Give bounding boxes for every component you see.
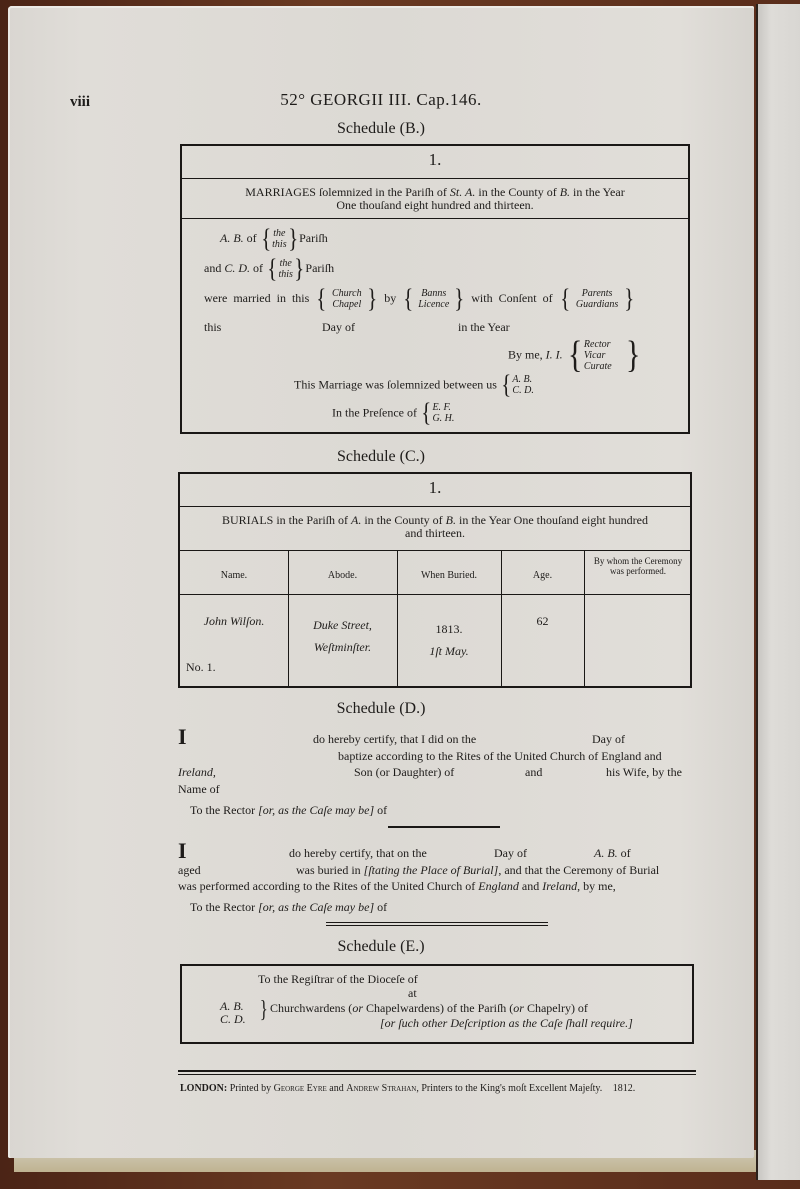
text: A. B. bbox=[594, 846, 618, 860]
heading-text: in the Pariſh of bbox=[273, 513, 351, 527]
schedule-b-heading: MARRIAGES ſolemnized in the Pariſh of St… bbox=[182, 186, 688, 212]
cell-when-buried: 1813. 1ſt May. bbox=[397, 618, 501, 662]
option: the bbox=[273, 228, 285, 239]
text: and bbox=[519, 879, 542, 893]
heading-text: in the County of bbox=[475, 185, 559, 199]
schedule-c-title: Schedule (C.) bbox=[8, 448, 754, 466]
text: Pariſh bbox=[299, 231, 328, 245]
abode-line: Duke Street, bbox=[313, 618, 372, 632]
cert2-line1c: A. B. of bbox=[594, 846, 631, 861]
left-brace-icon: { bbox=[567, 336, 582, 374]
right-brace-icon: } bbox=[624, 286, 634, 312]
text: Chapelwardens) of the Pariſh ( bbox=[363, 1001, 513, 1015]
cell-abode: Duke Street, Weſtminſter. bbox=[288, 614, 397, 658]
option: the bbox=[280, 258, 292, 269]
adjacent-page-edge bbox=[756, 4, 800, 1180]
document-page: viii 52° GEORGII III. Cap.146. Schedule … bbox=[8, 6, 754, 1158]
marriage-row-date-day: Day of bbox=[322, 320, 355, 335]
cert1-line1b: Day of bbox=[592, 732, 625, 747]
marriage-row-groom: A. B. of {thethis}Pariſh bbox=[220, 226, 328, 252]
marriage-row-date-year: in the Year bbox=[458, 320, 510, 335]
option: Chapel bbox=[332, 299, 361, 310]
section-rule-double bbox=[326, 922, 548, 923]
left-brace-icon: { bbox=[267, 256, 277, 282]
schedule-c-heading: BURIALS in the Pariſh of A. in the Count… bbox=[180, 514, 690, 540]
schedule-e-box: To the Regiſtrar of the Dioceſe of at A.… bbox=[180, 964, 694, 1044]
cert1-addressee: To the Rector [or, as the Caſe may be] o… bbox=[190, 803, 387, 818]
marriage-row-witnesses: In the Preſence of {E. F.G. H. bbox=[332, 400, 454, 426]
option-stack: ChurchChapel bbox=[328, 288, 366, 310]
right-brace-icon: } bbox=[367, 286, 377, 312]
divider bbox=[182, 178, 688, 179]
cert1-line2: baptize according to the Rites of the Un… bbox=[338, 749, 662, 764]
left-brace-icon: { bbox=[261, 226, 271, 252]
text: was performed according to the Rites of … bbox=[178, 879, 478, 893]
cert1-line3b: Son (or Daughter) of bbox=[354, 765, 454, 780]
cert1-line3a: Ireland, bbox=[178, 765, 216, 780]
text: by bbox=[384, 291, 396, 305]
officiant-name: I. I. bbox=[546, 348, 563, 362]
text: Pariſh bbox=[305, 261, 334, 275]
heading-county: B. bbox=[560, 185, 570, 199]
marriage-row-place: were married in this {ChurchChapel} by {… bbox=[204, 286, 636, 312]
option-stack: thethis bbox=[272, 228, 286, 250]
cert1-line1a: do hereby certify, that I did on the bbox=[313, 732, 476, 747]
right-brace-icon: } bbox=[288, 226, 298, 252]
option-stack: E. F.G. H. bbox=[432, 402, 454, 424]
heading-keyword: BURIALS bbox=[222, 513, 273, 527]
left-brace-icon: { bbox=[560, 286, 570, 312]
column-header-when-buried: When Buried. bbox=[397, 570, 501, 581]
schedule-b-box: 1. MARRIAGES ſolemnized in the Pariſh of… bbox=[180, 144, 690, 434]
marriage-row-date-this: this bbox=[204, 320, 221, 335]
warden-name: A. B. bbox=[220, 999, 244, 1013]
bride-name: C. D. bbox=[224, 261, 250, 275]
imprint-rule bbox=[178, 1074, 696, 1075]
imprint-city: LONDON: bbox=[180, 1083, 227, 1094]
option: C. D. bbox=[512, 385, 533, 396]
text: To the Rector bbox=[190, 900, 258, 914]
text: Chapelry) of bbox=[524, 1001, 588, 1015]
option: Church bbox=[332, 288, 362, 299]
cert2-line2: was buried in [ſtating the Place of Buri… bbox=[296, 863, 659, 878]
text: By me, bbox=[508, 348, 543, 362]
heading-text: in the Year bbox=[570, 185, 625, 199]
text: and bbox=[327, 1083, 346, 1094]
text: of bbox=[253, 261, 263, 275]
option: E. F. bbox=[432, 402, 450, 413]
cert2-addressee: To the Rector [or, as the Caſe may be] o… bbox=[190, 900, 387, 915]
right-brace-icon: } bbox=[260, 998, 268, 1022]
schedule-d-title: Schedule (D.) bbox=[8, 700, 754, 718]
text: In the Preſence of bbox=[332, 406, 417, 420]
cert1-initial: I bbox=[178, 724, 187, 750]
text: England bbox=[478, 879, 519, 893]
schedule-c-number: 1. bbox=[180, 478, 690, 498]
right-brace-icon: } bbox=[454, 286, 464, 312]
printer-name: George Eyre bbox=[274, 1083, 327, 1094]
cell-entry-number: No. 1. bbox=[186, 660, 216, 675]
right-brace-icon: } bbox=[294, 256, 304, 282]
cert1-line3c: and bbox=[525, 765, 542, 780]
divider bbox=[180, 550, 690, 551]
column-header-abode: Abode. bbox=[288, 570, 397, 581]
section-rule-double bbox=[326, 925, 548, 926]
schedule-b-number: 1. bbox=[182, 150, 688, 170]
text: , by me, bbox=[577, 879, 616, 893]
text: Churchwardens ( bbox=[270, 1001, 352, 1015]
cert2-line1a: do hereby certify, that on the bbox=[289, 846, 427, 861]
marriage-row-parties: This Marriage was ſolemnized between us … bbox=[294, 372, 534, 398]
heading-parish: A. bbox=[351, 513, 361, 527]
text: or bbox=[352, 1001, 363, 1015]
text: , Printers to the King's moſt Excellent … bbox=[416, 1083, 602, 1094]
burial-year: 1813. bbox=[436, 622, 463, 636]
text: of bbox=[374, 900, 387, 914]
text: [or, as the Caſe may be] bbox=[258, 803, 374, 817]
marriage-row-officiant: By me, I. I. {RectorVicarCurate} bbox=[508, 336, 642, 374]
imprint-rule bbox=[178, 1070, 696, 1072]
imprint-year: 1812. bbox=[613, 1083, 636, 1094]
heading-text: ſolemnized in the Pariſh of bbox=[316, 185, 450, 199]
text: [or, as the Caſe may be] bbox=[258, 900, 374, 914]
option: this bbox=[272, 239, 286, 250]
cell-name: John Wilſon. bbox=[180, 614, 288, 629]
header-divider bbox=[180, 594, 690, 595]
heading-keyword: MARRIAGES bbox=[245, 185, 316, 199]
heading-text: in the County of bbox=[361, 513, 445, 527]
option-stack: A. B.C. D. bbox=[512, 374, 533, 396]
text: To the Rector bbox=[190, 803, 258, 817]
heading-text-line2: One thouſand eight hundred and thirteen. bbox=[336, 198, 533, 212]
cert1-line4: Name of bbox=[178, 782, 220, 797]
option: A. B. bbox=[512, 374, 532, 385]
e-line-churchwardens: Churchwardens (or Chapelwardens) of the … bbox=[270, 1001, 588, 1016]
running-head: 52° GEORGII III. Cap.146. bbox=[8, 90, 754, 110]
text: Ireland bbox=[542, 879, 577, 893]
text: of bbox=[374, 803, 387, 817]
e-line-description: [or ſuch other Deſcription as the Caſe ſ… bbox=[380, 1016, 633, 1031]
cert2-line3: was performed according to the Rites of … bbox=[178, 879, 616, 894]
marriage-row-bride: and C. D. of {thethis}Pariſh bbox=[204, 256, 334, 282]
option: this bbox=[278, 269, 292, 280]
column-header-age: Age. bbox=[501, 570, 584, 581]
option: G. H. bbox=[432, 413, 454, 424]
section-rule bbox=[388, 826, 500, 828]
imprint-line: LONDON: Printed by George Eyre and Andre… bbox=[180, 1083, 635, 1094]
option: Banns bbox=[421, 288, 446, 299]
option: Parents bbox=[582, 288, 613, 299]
option: Guardians bbox=[576, 299, 618, 310]
divider bbox=[180, 506, 690, 507]
option-stack: ParentsGuardians bbox=[571, 288, 623, 310]
text: or bbox=[513, 1001, 524, 1015]
option: Rector bbox=[584, 339, 611, 350]
left-brace-icon: { bbox=[317, 286, 327, 312]
left-brace-icon: { bbox=[501, 372, 511, 398]
cert2-initial: I bbox=[178, 838, 187, 864]
text: This Marriage was ſolemnized between us bbox=[294, 378, 497, 392]
text: with Conſent of bbox=[471, 291, 552, 305]
text: [ſtating the Place of Burial] bbox=[364, 863, 499, 877]
right-brace-icon: } bbox=[626, 336, 641, 374]
option: Vicar bbox=[584, 350, 605, 361]
left-brace-icon: { bbox=[404, 286, 414, 312]
text: Printed by bbox=[227, 1083, 273, 1094]
option: Licence bbox=[418, 299, 449, 310]
heading-text-line2: and thirteen. bbox=[405, 526, 465, 540]
heading-parish: St. A. bbox=[450, 185, 475, 199]
groom-name: A. B. bbox=[220, 231, 244, 245]
option-stack: thethis bbox=[278, 258, 292, 280]
schedule-b-title: Schedule (B.) bbox=[8, 120, 754, 138]
cert2-line1b: Day of bbox=[494, 846, 527, 861]
text: , and that the Ceremony of Burial bbox=[498, 863, 659, 877]
column-header-by-whom: By whom the Ceremony was performed. bbox=[590, 556, 686, 576]
cell-age: 62 bbox=[501, 614, 584, 629]
burial-date: 1ſt May. bbox=[429, 644, 468, 658]
abode-line: Weſtminſter. bbox=[314, 640, 371, 654]
heading-county: B. bbox=[446, 513, 456, 527]
option: Curate bbox=[584, 361, 612, 372]
left-brace-icon: { bbox=[421, 400, 431, 426]
text: was buried in bbox=[296, 863, 364, 877]
heading-text: in the Year One thouſand eight hundred bbox=[456, 513, 648, 527]
schedule-e-title: Schedule (E.) bbox=[8, 938, 754, 956]
option-stack: BannsLicence bbox=[415, 288, 453, 310]
text: of bbox=[618, 846, 631, 860]
column-header-name: Name. bbox=[180, 570, 288, 581]
e-names: A. B. C. D. bbox=[220, 1000, 246, 1026]
text: were married in this bbox=[204, 291, 309, 305]
printer-name: Andrew Strahan bbox=[346, 1083, 416, 1094]
text: and bbox=[204, 261, 221, 275]
e-line-registrar: To the Regiſtrar of the Dioceſe of bbox=[258, 972, 418, 987]
column-divider bbox=[584, 550, 585, 686]
e-line-at: at bbox=[408, 986, 417, 1001]
option-stack: RectorVicarCurate bbox=[584, 339, 624, 372]
schedule-c-box: 1. BURIALS in the Pariſh of A. in the Co… bbox=[178, 472, 692, 688]
divider bbox=[182, 218, 688, 219]
warden-name: C. D. bbox=[220, 1012, 246, 1026]
cert1-line3d: his Wife, by the bbox=[606, 765, 682, 780]
text: of bbox=[247, 231, 257, 245]
cert2-line2a: aged bbox=[178, 863, 201, 878]
